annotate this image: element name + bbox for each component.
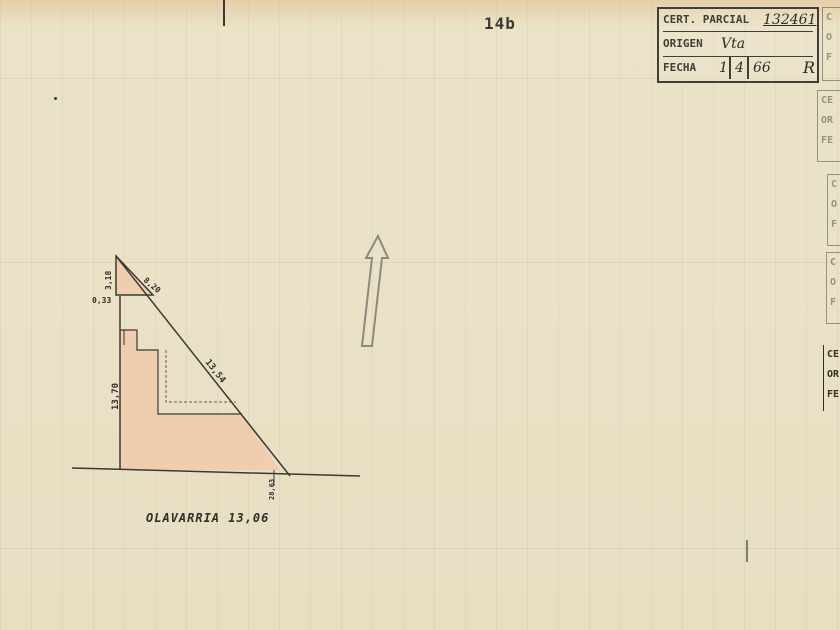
street-label: OLAVARRIA 13,06 — [146, 511, 269, 525]
svg-text:3,18: 3,18 — [104, 271, 113, 290]
parcel-area — [120, 298, 280, 470]
svg-text:0,33: 0,33 — [92, 296, 111, 305]
svg-text:13,70: 13,70 — [111, 383, 121, 410]
north-arrow-icon — [362, 236, 388, 346]
svg-text:28,63: 28,63 — [268, 479, 276, 500]
parcel-plan-drawing: 3,18 8,20 0,33 13,70 13,54 28,63 OLAVARR… — [0, 0, 840, 630]
